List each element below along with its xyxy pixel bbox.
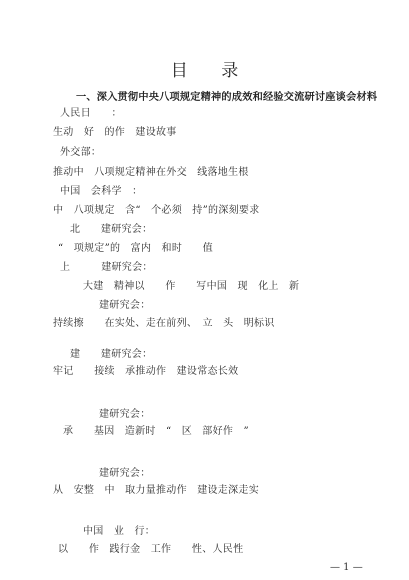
toc-entry-link[interactable]: 生动 好 的作 建设故事 — [53, 123, 177, 138]
page-number: — 1 — — [330, 562, 363, 573]
toc-source: 人民日 ： — [60, 104, 122, 119]
toc-entry-link[interactable]: 牢记 接续 承推动作 建设常态长效 — [53, 362, 238, 377]
toc-entry-link[interactable]: 以 作 践行金 工作 性、人民性 — [58, 540, 243, 555]
toc-entry-link[interactable]: 大建 精神以 作 写中国 现 化上 新 — [83, 277, 299, 292]
toc-entry-link[interactable]: “ 项规定”的 富内 和时 值 — [58, 239, 213, 254]
section-heading: 一、深入贯彻中央八项规定精神的成效和经验交流研讨座谈会材料 — [76, 88, 377, 103]
toc-entry-link[interactable]: 中 八项规定 含“ 个必须 持”的深刻要求 — [53, 201, 260, 216]
toc-source: 中国 业 行： — [83, 522, 155, 537]
toc-source: 上 建研究会： — [60, 258, 153, 273]
document-page: 目 录 一、深入贯彻中央八项规定精神的成效和经验交流研讨座谈会材料 人民日 ： … — [0, 0, 409, 580]
toc-entry-link[interactable]: 承 基因 造新时 “ 区 部好作 ” — [63, 422, 249, 437]
toc-source: 建研究会： — [99, 296, 151, 311]
toc-source: 外交部： — [60, 143, 101, 158]
toc-source: 中国 会科学 ： — [60, 182, 142, 197]
toc-entry-link[interactable]: 推动中 八项规定精神在外交 线落地生根 — [53, 163, 249, 178]
toc-entry-link[interactable]: 从 安整 中 取力量推动作 建设走深走实 — [53, 481, 259, 496]
toc-source: 建研究会： — [99, 405, 151, 420]
toc-source: 建 建研究会： — [70, 345, 152, 360]
page-title: 目 录 — [0, 56, 409, 81]
toc-source: 建研究会： — [99, 464, 151, 479]
toc-entry-link[interactable]: 持续擦 在实处、走在前列、 立 头 明标识 — [53, 314, 275, 329]
toc-source: 北 建研究会： — [70, 220, 152, 235]
